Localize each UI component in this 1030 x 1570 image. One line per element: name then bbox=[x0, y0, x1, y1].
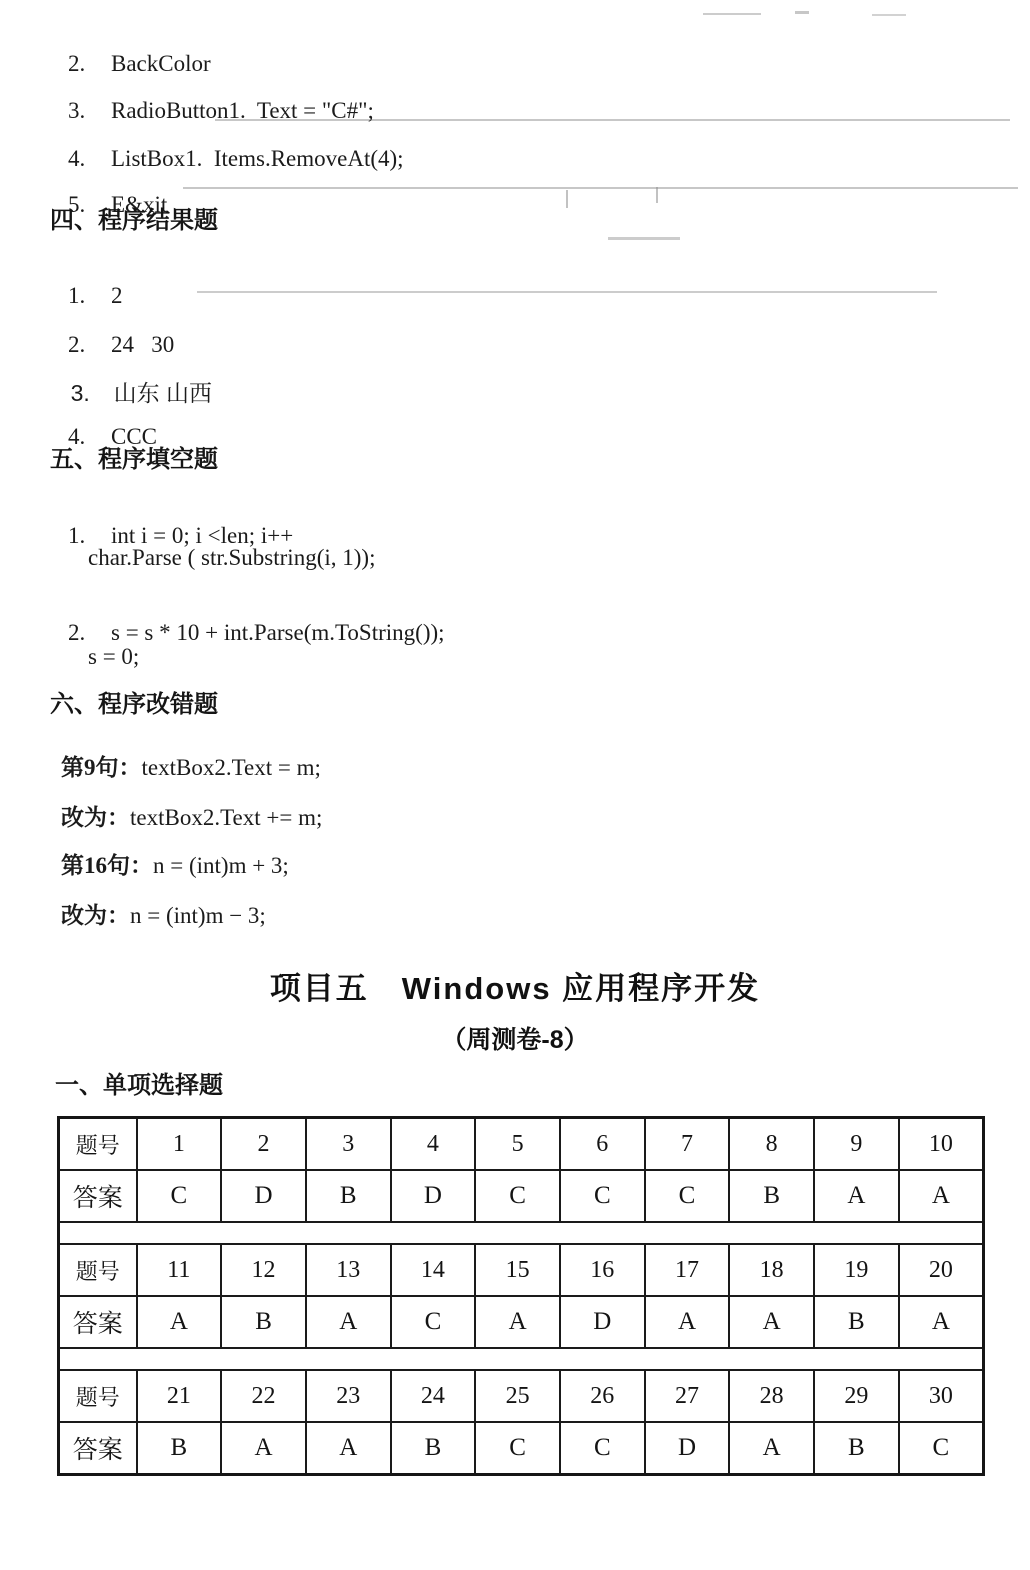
question-number-cell: 18 bbox=[729, 1244, 814, 1296]
scan-artifact-tick bbox=[566, 190, 568, 208]
scan-artifact-line bbox=[795, 11, 809, 14]
question-number-cell: 7 bbox=[645, 1118, 730, 1171]
document-page: 2.BackColor 3.RadioButton1. Text = "C#";… bbox=[0, 0, 1030, 1570]
project-subtitle: （周测卷-8） bbox=[0, 1020, 1030, 1056]
answer-cell: B bbox=[814, 1422, 899, 1475]
question-number-cell: 19 bbox=[814, 1244, 899, 1296]
answer-cell: C bbox=[560, 1170, 645, 1222]
section-heading-fix: 六、程序改错题 bbox=[50, 691, 218, 719]
answer-cell: B bbox=[221, 1296, 306, 1348]
question-number-cell: 29 bbox=[814, 1370, 899, 1422]
question-number-cell: 14 bbox=[391, 1244, 476, 1296]
question-number-cell: 26 bbox=[560, 1370, 645, 1422]
answer-cell: C bbox=[560, 1422, 645, 1475]
answer-cell: D bbox=[391, 1170, 476, 1222]
row-label-question: 题号 bbox=[59, 1118, 137, 1171]
table-spacer-row bbox=[59, 1222, 984, 1244]
answer-cell: D bbox=[221, 1170, 306, 1222]
section-heading-choice: 一、单项选择题 bbox=[55, 1072, 223, 1100]
scan-artifact-line bbox=[703, 13, 761, 15]
scan-artifact-line bbox=[608, 237, 680, 240]
fix-code: textBox2.Text += m; bbox=[130, 805, 322, 830]
question-number-cell: 22 bbox=[221, 1370, 306, 1422]
fix-code: n = (int)m + 3; bbox=[153, 853, 289, 878]
fix-label: 第9句： bbox=[61, 755, 142, 780]
answer-cell: A bbox=[221, 1422, 306, 1475]
question-number-cell: 17 bbox=[645, 1244, 730, 1296]
section-heading-fill: 五、程序填空题 bbox=[50, 446, 218, 474]
question-number-cell: 4 bbox=[391, 1118, 476, 1171]
question-number-cell: 28 bbox=[729, 1370, 814, 1422]
question-number-row: 题号11121314151617181920 bbox=[59, 1244, 984, 1296]
question-number-cell: 16 bbox=[560, 1244, 645, 1296]
question-number-cell: 25 bbox=[475, 1370, 560, 1422]
question-number-cell: 24 bbox=[391, 1370, 476, 1422]
answer-cell: D bbox=[560, 1296, 645, 1348]
answer-cell: A bbox=[137, 1296, 222, 1348]
answer-cell: C bbox=[475, 1422, 560, 1475]
question-number-row: 题号12345678910 bbox=[59, 1118, 984, 1171]
answer-cell: A bbox=[814, 1170, 899, 1222]
question-number-cell: 20 bbox=[899, 1244, 984, 1296]
row-label-answer: 答案 bbox=[59, 1170, 137, 1222]
question-number-cell: 11 bbox=[137, 1244, 222, 1296]
question-number-cell: 27 bbox=[645, 1370, 730, 1422]
fix-code: textBox2.Text = m; bbox=[142, 755, 321, 780]
answer-cell: B bbox=[391, 1422, 476, 1475]
answer-row: 答案BAABCCDABC bbox=[59, 1422, 984, 1475]
section-heading-results: 四、程序结果题 bbox=[50, 207, 218, 235]
answer-cell: B bbox=[306, 1170, 391, 1222]
question-number-cell: 23 bbox=[306, 1370, 391, 1422]
answer-table-body: 题号12345678910答案CDBDCCCBAA题号1112131415161… bbox=[59, 1118, 984, 1475]
answer-cell: B bbox=[137, 1422, 222, 1475]
row-label-question: 题号 bbox=[59, 1244, 137, 1296]
answer-cell: A bbox=[306, 1296, 391, 1348]
answer-cell: A bbox=[729, 1296, 814, 1348]
question-number-cell: 10 bbox=[899, 1118, 984, 1171]
answer-cell: C bbox=[137, 1170, 222, 1222]
item-number: 2. bbox=[68, 620, 111, 646]
question-number-cell: 5 bbox=[475, 1118, 560, 1171]
answer-row: 答案CDBDCCCBAA bbox=[59, 1170, 984, 1222]
question-number-cell: 9 bbox=[814, 1118, 899, 1171]
scan-artifact-tick bbox=[656, 187, 658, 203]
answer-cell: A bbox=[899, 1170, 984, 1222]
row-label-question: 题号 bbox=[59, 1370, 137, 1422]
table-spacer-row bbox=[59, 1348, 984, 1370]
answer-cell: A bbox=[729, 1422, 814, 1475]
answer-cell: A bbox=[475, 1296, 560, 1348]
question-number-cell: 2 bbox=[221, 1118, 306, 1171]
fix-label: 第16句： bbox=[61, 853, 153, 878]
answer-cell: C bbox=[475, 1170, 560, 1222]
question-number-cell: 8 bbox=[729, 1118, 814, 1171]
question-number-row: 题号21222324252627282930 bbox=[59, 1370, 984, 1422]
item-text: 2 bbox=[111, 283, 123, 308]
answer-cell: D bbox=[645, 1422, 730, 1475]
code-line: char.Parse ( str.Substring(i, 1)); bbox=[88, 545, 375, 571]
table-spacer-cell bbox=[59, 1222, 984, 1244]
project-title: 项目五 Windows 应用程序开发 bbox=[0, 963, 1030, 1008]
fix-label: 改为： bbox=[61, 805, 130, 830]
question-number-cell: 15 bbox=[475, 1244, 560, 1296]
fix-label: 改为： bbox=[61, 903, 130, 928]
row-label-answer: 答案 bbox=[59, 1296, 137, 1348]
question-number-cell: 6 bbox=[560, 1118, 645, 1171]
question-number-cell: 13 bbox=[306, 1244, 391, 1296]
answer-cell: C bbox=[899, 1422, 984, 1475]
answer-cell: B bbox=[814, 1296, 899, 1348]
question-number-cell: 1 bbox=[137, 1118, 222, 1171]
answer-cell: A bbox=[306, 1422, 391, 1475]
question-number-cell: 21 bbox=[137, 1370, 222, 1422]
fix-line: 改为：n = (int)m − 3; bbox=[45, 885, 266, 948]
answer-cell: C bbox=[391, 1296, 476, 1348]
question-number-cell: 30 bbox=[899, 1370, 984, 1422]
row-label-answer: 答案 bbox=[59, 1422, 137, 1475]
code-line: s = s * 10 + int.Parse(m.ToString()); bbox=[111, 620, 445, 645]
table-spacer-cell bbox=[59, 1348, 984, 1370]
question-number-cell: 3 bbox=[306, 1118, 391, 1171]
code-line: s = 0; bbox=[88, 644, 139, 670]
answer-cell: A bbox=[645, 1296, 730, 1348]
answer-cell: B bbox=[729, 1170, 814, 1222]
scan-artifact-line bbox=[872, 14, 906, 16]
fix-code: n = (int)m − 3; bbox=[130, 903, 266, 928]
answer-cell: C bbox=[645, 1170, 730, 1222]
scan-artifact-line bbox=[197, 291, 937, 293]
answer-row: 答案ABACADAABA bbox=[59, 1296, 984, 1348]
answer-table: 题号12345678910答案CDBDCCCBAA题号1112131415161… bbox=[57, 1116, 985, 1476]
answer-cell: A bbox=[899, 1296, 984, 1348]
question-number-cell: 12 bbox=[221, 1244, 306, 1296]
